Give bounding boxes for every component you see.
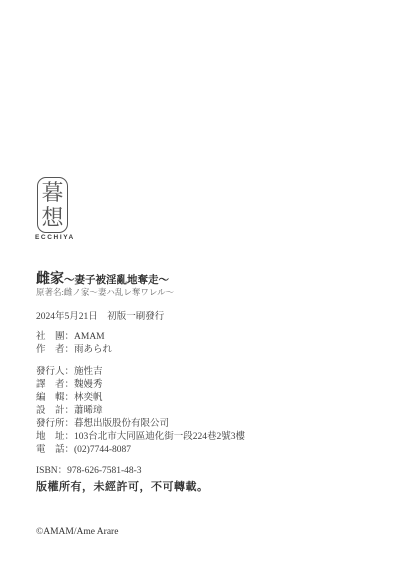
book-title: 雌家～妻子被淫亂地奪走～ <box>36 268 169 288</box>
credit-row: 發行人：施性吉 <box>36 366 103 379</box>
edition-date-line: 2024年5月21日 初版一刷發行 <box>36 308 164 322</box>
credit-row: 作 者：雨あられ <box>36 344 112 357</box>
credit-value: 雨あられ <box>74 345 112 355</box>
publisher-value: (02)7744-8087 <box>74 445 131 455</box>
credits-staff: 發行人：施性吉 譯 者：魏嫚秀 編 輯：林奕帆 設 計：蕭晞璋 <box>36 366 103 418</box>
publisher-label: 地 址： <box>36 432 74 442</box>
credit-label: 編 輯： <box>36 393 74 403</box>
publisher-label: 發行所： <box>36 419 74 429</box>
publisher-value: 暮想出版股份有限公司 <box>74 419 169 429</box>
credit-value: 施性吉 <box>74 367 103 377</box>
book-title-subtitle: ～妻子被淫亂地奪走～ <box>64 275 169 286</box>
credit-label: 作 者： <box>36 345 74 355</box>
credit-row: 譯 者：魏嫚秀 <box>36 379 103 392</box>
rights-notice: 版權所有，未經許可，不可轉載。 <box>36 478 209 494</box>
isbn-label: ISBN： <box>36 466 67 476</box>
credit-label: 設 計： <box>36 406 74 416</box>
logo-kanji-bottom: 想 <box>41 205 63 230</box>
logo-kanji-top: 暮 <box>41 180 63 205</box>
book-title-main: 雌家 <box>36 272 64 287</box>
isbn-value: 978-626-7581-48-3 <box>67 466 141 476</box>
credit-row: 設 計：蕭晞璋 <box>36 405 103 418</box>
publisher-seal-logo: 暮 想 <box>37 177 68 233</box>
credit-value: 蕭晞璋 <box>74 406 103 416</box>
publisher-info: 發行所：暮想出版股份有限公司 地 址：103台北市大同區迪化街一段224巷2號3… <box>36 418 245 457</box>
credit-label: 社 團： <box>36 332 74 342</box>
publisher-label: 電 話： <box>36 445 74 455</box>
colophon-page: 暮 想 ECCHIYA 雌家～妻子被淫亂地奪走～ 原著名:雌ノ家～妻ハ乱レ奪ワレ… <box>0 0 400 565</box>
credit-row: 編 輯：林奕帆 <box>36 392 103 405</box>
publisher-row: 地 址：103台北市大同區迪化街一段224巷2號3樓 <box>36 431 245 444</box>
publisher-row: 電 話：(02)7744-8087 <box>36 444 245 457</box>
isbn-line: ISBN：978-626-7581-48-3 <box>36 462 142 476</box>
original-title: 原著名:雌ノ家～妻ハ乱レ奪ワレル～ <box>36 286 174 298</box>
credit-value: 林奕帆 <box>74 393 103 403</box>
footer-copyright: ©AMAM/Ame Arare <box>36 527 118 537</box>
publisher-value: 103台北市大同區迪化街一段224巷2號3樓 <box>74 432 245 442</box>
credits-circle-author: 社 團：AMAM 作 者：雨あられ <box>36 331 112 357</box>
credit-label: 發行人： <box>36 367 74 377</box>
logo-romaji-text: ECCHIYA <box>35 234 79 241</box>
publisher-row: 發行所：暮想出版股份有限公司 <box>36 418 245 431</box>
credit-label: 譯 者： <box>36 380 74 390</box>
credit-row: 社 團：AMAM <box>36 331 112 344</box>
credit-value: 魏嫚秀 <box>74 380 103 390</box>
credit-value: AMAM <box>74 332 105 342</box>
